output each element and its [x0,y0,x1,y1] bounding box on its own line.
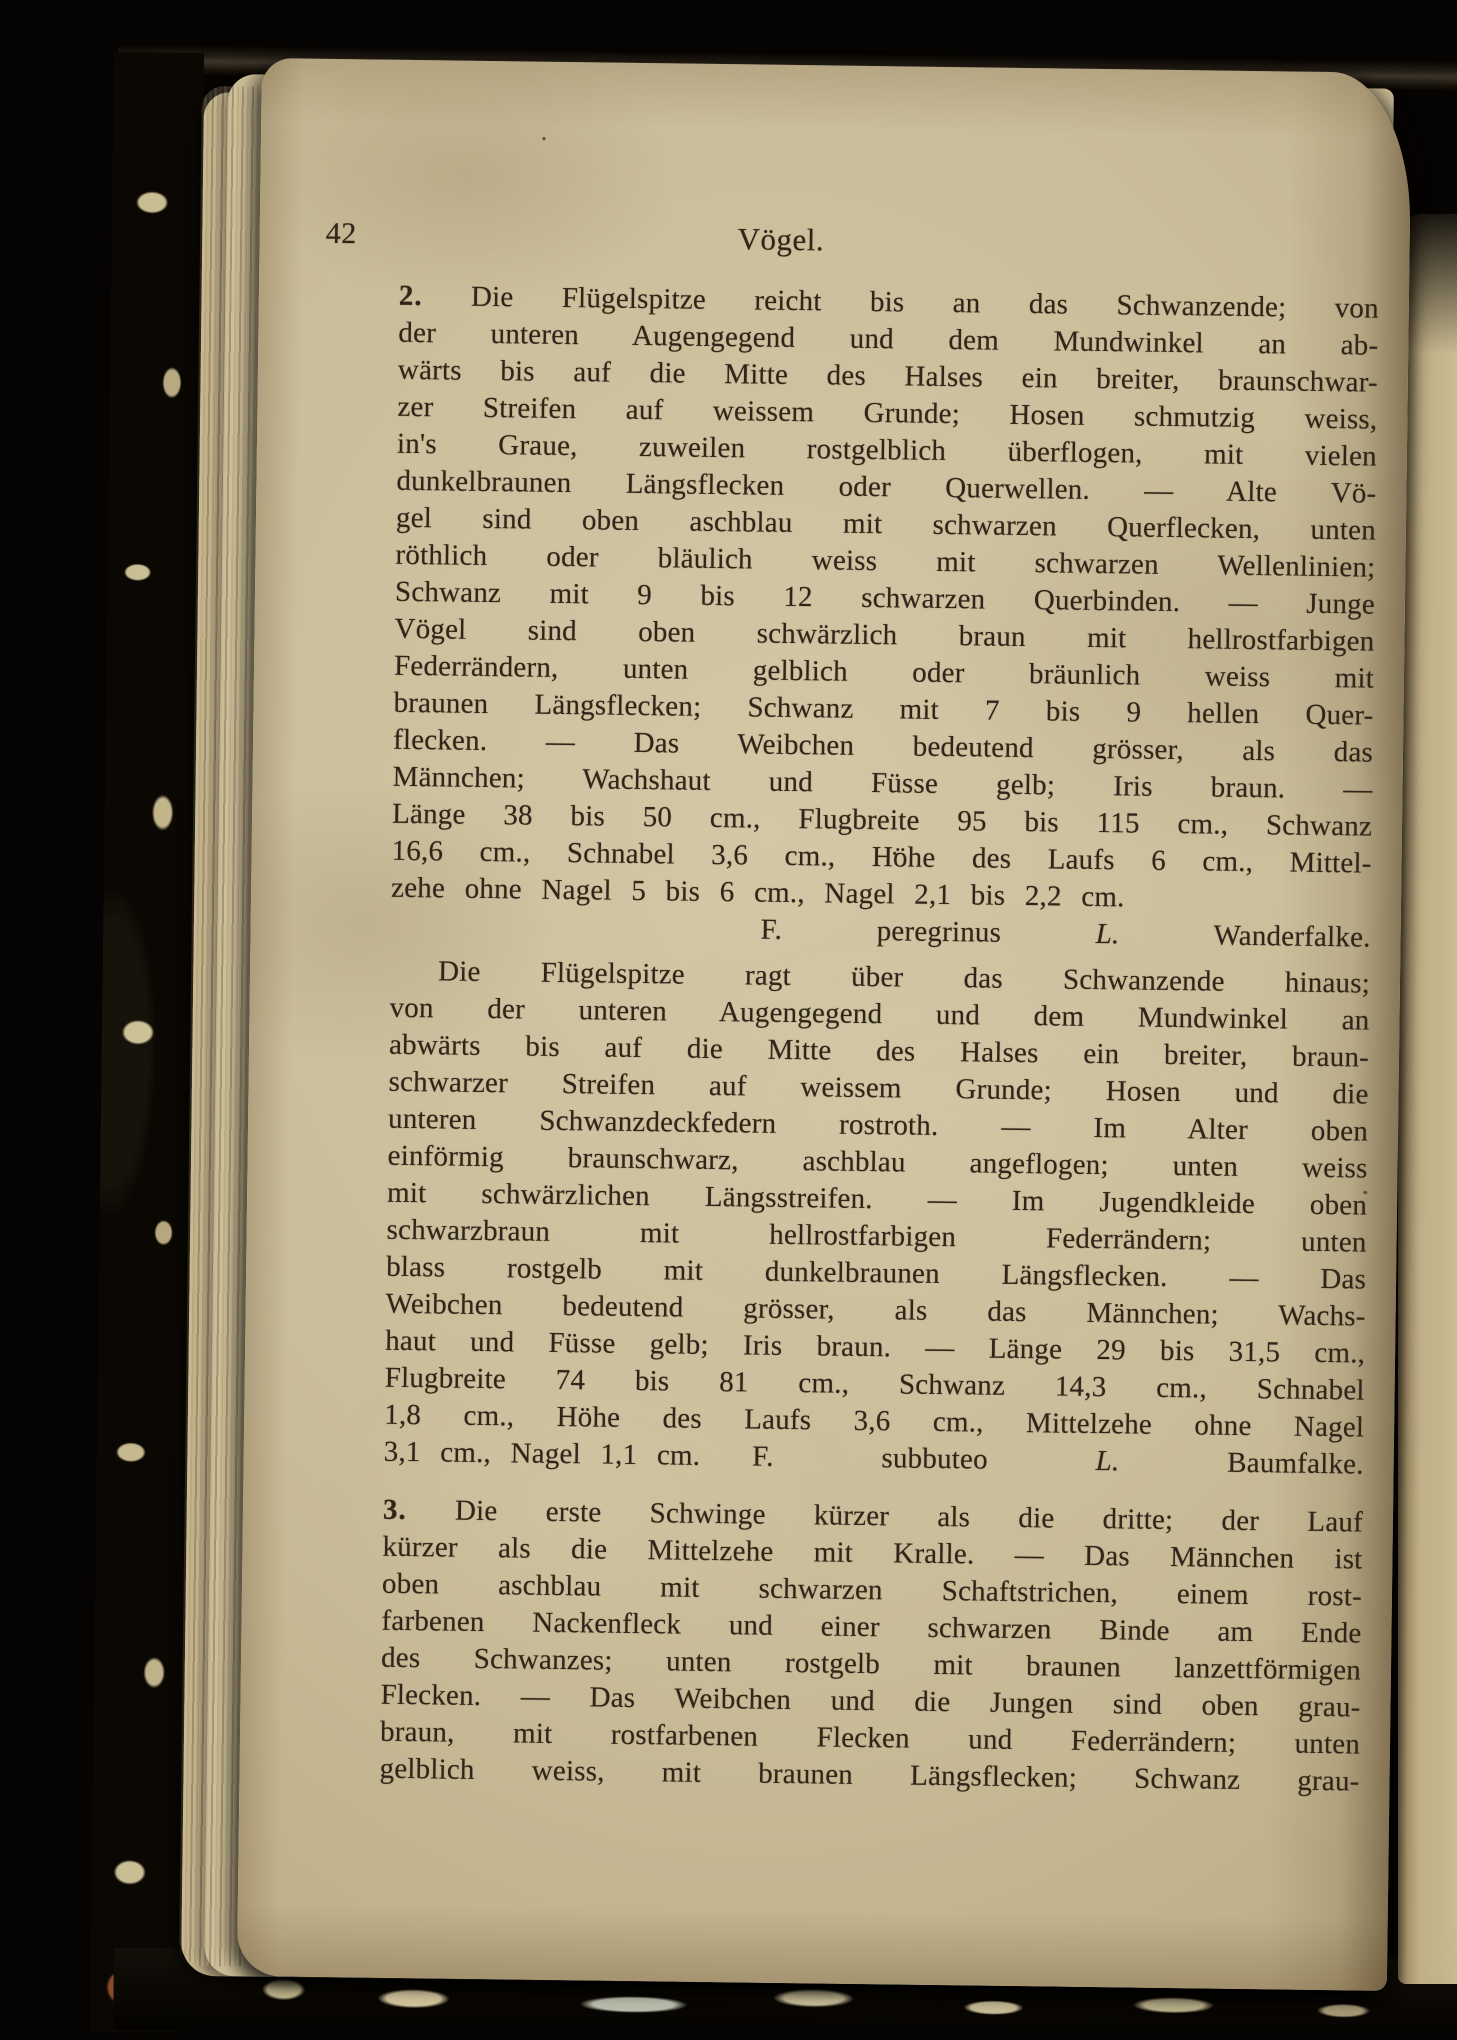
page-number: 42 [325,215,356,252]
species-german-name: Baumfalke. [1227,1447,1364,1481]
species-german-name: Wanderfalke. [1213,920,1370,954]
species-name: F. peregrinus L. Wanderfalke. [760,914,1370,954]
running-header: Vögel. [737,220,824,258]
photographed-book-scene: { "page": { "number": "42", "header_titl… [0,0,1457,2040]
species-genus: F. peregrinus [760,914,1001,949]
text-line-left: 3,1 cm., Nagel 1,1 cm. [384,1434,701,1475]
species-author-abbr: L. [1095,918,1119,950]
page-text-column: 2. Die Flügelspitze reicht bis an das Sc… [379,278,1379,1801]
paragraph: Die Flügelspitze ragt über das Schwanzen… [384,953,1371,1484]
species-author-abbr: L. [1095,1445,1119,1477]
paragraph: 2. Die Flügelspitze reicht bis an das Sc… [390,278,1379,957]
species-name: F. subbuteo L. Baumfalke. [700,1438,1364,1484]
adjacent-page-edge [1398,214,1457,1984]
item-number: 3. [383,1494,407,1526]
paragraph: 3. Die erste Schwinge kürzer als die dri… [379,1492,1363,1801]
item-number: 2. [399,280,423,312]
species-genus: F. subbuteo [752,1441,988,1476]
book-page: 42 Vögel. 2. Die Flügelspitze reicht bis… [237,58,1412,1991]
